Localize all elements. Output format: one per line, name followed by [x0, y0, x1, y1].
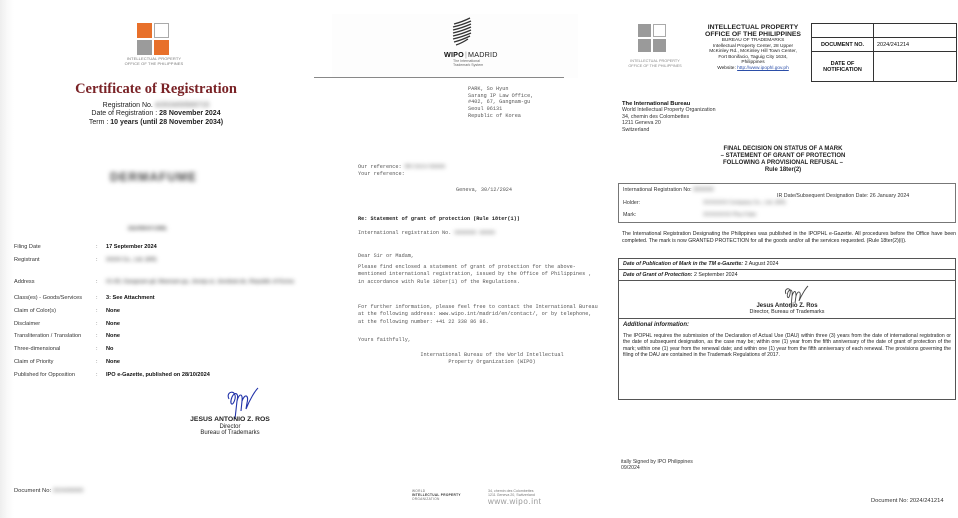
decision-title: FINAL DECISION ON STATUS OF A MARK – STA… [608, 146, 958, 174]
references-block: Our reference: MM/2024/00000 Your refere… [358, 164, 445, 177]
certificate-of-registration-page: INTELLECTUAL PROPERTY OFFICE OF THE PHIL… [0, 0, 312, 518]
addressee-block: PARK, So Hyun Sarang IP Law Office, #402… [468, 86, 533, 120]
field-label: Address [14, 279, 96, 285]
field-value: XXXX Co., Ltd. (KR) [106, 257, 304, 264]
registration-fields: Filing Date:17 September 2024Registrant:… [14, 244, 304, 384]
subject-line: Re: Statement of grant of protection (Ru… [358, 216, 520, 222]
field-separator: : [96, 359, 106, 365]
field-row: Three-dimensional:No [14, 346, 304, 359]
date-of-notification-value [874, 52, 957, 82]
field-row: Transliteration / Translation:None [14, 333, 304, 346]
wipo-brand-subtitle: The International Trademark System [453, 59, 483, 67]
date-of-notification-label: DATE OF NOTIFICATION [812, 52, 874, 82]
registration-info-box: International Registration No: 0000000 I… [618, 183, 956, 223]
additional-info-row: Additional information: The IPOPHL requi… [619, 319, 955, 401]
ipophl-logo-icon [137, 23, 171, 57]
field-label: Published for Opposition [14, 372, 96, 378]
certificate-signer: JESUS ANTONIO Z. ROS Director Bureau of … [160, 417, 300, 437]
international-registration-line: International registration No. 0000000 0… [358, 230, 495, 236]
decision-document-no: Document No: 2024/241214 [871, 498, 944, 504]
letterhead-divider [314, 77, 564, 78]
mark-name-redacted: DERMAFUME [110, 170, 197, 184]
field-separator: : [96, 257, 106, 263]
field-separator: : [96, 295, 106, 301]
recipient-block: The International Bureau World Intellect… [622, 101, 716, 133]
field-separator: : [96, 308, 106, 314]
field-separator: : [96, 321, 106, 327]
field-row: Claim of Priority:None [14, 359, 304, 372]
signature-row: Jesus Antonio Z. Ros Director, Bureau of… [619, 281, 955, 319]
field-label: Registrant [14, 257, 96, 263]
field-value: #1-00, Gangnam-gil, Mannam-gu, Jeonju-si… [106, 279, 304, 286]
wipo-globe-icon [451, 17, 473, 47]
field-value: 3: See Attachment [106, 295, 304, 302]
field-value: No [106, 346, 304, 353]
field-value: 17 September 2024 [106, 244, 304, 251]
field-separator: : [96, 279, 106, 285]
ir-date: 26 January 2024 [870, 193, 909, 199]
field-row: Claim of Color(s):None [14, 308, 304, 321]
grant-date-row: Date of Grant of Protection: 2 September… [619, 270, 955, 281]
wipo-madrid-brand: WIPO|MADRID [444, 50, 498, 59]
field-row: Registrant:XXXX Co., Ltd. (KR) [14, 257, 304, 270]
field-label: Disclaimer [14, 321, 96, 327]
field-label: Claim of Priority [14, 359, 96, 365]
field-row: Filing Date:17 September 2024 [14, 244, 304, 257]
field-label: Class(es) - Goods/Services [14, 295, 96, 301]
document-no-value: 2024/241214 [874, 38, 957, 52]
field-label: Filing Date [14, 244, 96, 250]
digital-signature-note: itally Signed by IPO Philippines 09/2024 [621, 460, 693, 471]
document-info-table: DOCUMENT NO. 2024/241214 DATE OF NOTIFIC… [811, 23, 957, 82]
field-row: Class(es) - Goods/Services:3: See Attach… [14, 295, 304, 308]
grant-details-box: Date of Publication of Mark in the TM e-… [618, 258, 956, 400]
wipo-footer-url[interactable]: www.wipo.int [488, 497, 541, 506]
wipo-letter-page: WIPO|MADRID The International Trademark … [312, 0, 608, 518]
ipophl-logo-icon [638, 24, 668, 54]
document-no-label: DOCUMENT NO. [812, 38, 874, 52]
publication-date-row: Date of Publication of Mark in the TM e-… [619, 259, 955, 270]
field-label: Transliteration / Translation [14, 333, 96, 339]
field-value: None [106, 321, 304, 328]
office-caption: INTELLECTUAL PROPERTY OFFICE OF THE PHIL… [620, 59, 690, 68]
field-separator: : [96, 346, 106, 352]
sender-signature-block: International Bureau of the World Intell… [392, 352, 592, 367]
registration-date: 28 November 2024 [159, 110, 220, 117]
field-label: Three-dimensional [14, 346, 96, 352]
decision-signer: Jesus Antonio Z. Ros Director, Bureau of… [619, 303, 955, 315]
wipo-footer-org: WORLD INTELLECTUAL PROPERTY ORGANIZATION [412, 489, 461, 501]
field-value: None [106, 308, 304, 315]
mark-subtitle-redacted: DERMAFUME [128, 226, 167, 232]
closing: Yours faithfully, [358, 337, 411, 343]
field-row: Published for Opposition:IPO e-Gazette, … [14, 372, 304, 385]
field-separator: : [96, 333, 106, 339]
website-link[interactable]: http://www.ipophl.gov.ph [737, 66, 789, 71]
field-separator: : [96, 372, 106, 378]
field-value: IPO e-Gazette, published on 28/10/2024 [106, 372, 304, 379]
letter-date: Geneva, 30/12/2024 [456, 187, 512, 193]
field-row: Address:#1-00, Gangnam-gil, Mannam-gu, J… [14, 269, 304, 295]
field-value: None [106, 359, 304, 366]
salutation: Dear Sir or Madam, [358, 253, 414, 259]
certificate-title: Certificate of Registration [0, 81, 312, 98]
registration-meta: Registration No. 4/2024/00500715 Date of… [0, 102, 312, 127]
office-caption: INTELLECTUAL PROPERTY OFFICE OF THE PHIL… [118, 56, 190, 66]
registration-term: 10 years (until 28 November 2034) [110, 119, 223, 126]
field-label: Claim of Color(s) [14, 308, 96, 314]
field-row: Disclaimer:None [14, 321, 304, 334]
letter-paragraph: Please find enclosed a statement of gran… [358, 264, 598, 286]
office-header: INTELLECTUAL PROPERTY OFFICE OF THE PHIL… [693, 24, 813, 72]
wipo-footer-address: 34, chemin des Colombettes 1211 Geneva 2… [488, 489, 535, 497]
final-decision-page: INTELLECTUAL PROPERTY OFFICE OF THE PHIL… [608, 0, 958, 518]
registration-no-redacted: 4/2024/00500715 [155, 102, 210, 110]
granted-protection-paragraph: The International Registration Designati… [622, 231, 956, 244]
certificate-document-no: Document No: 2024/00000 [14, 488, 83, 494]
field-separator: : [96, 244, 106, 250]
field-value: None [106, 333, 304, 340]
letter-paragraph: For further information, please feel fre… [358, 304, 598, 326]
